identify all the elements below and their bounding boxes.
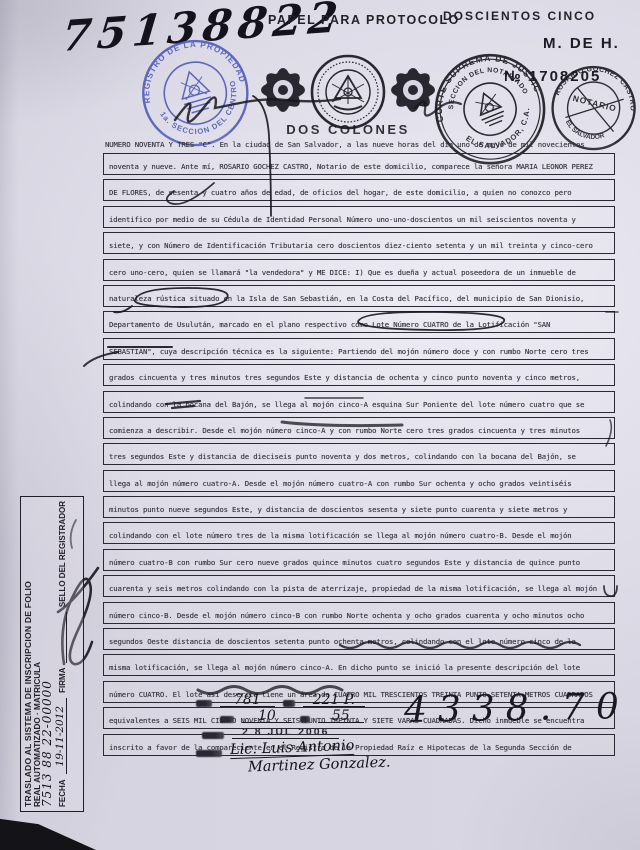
matricula-value: 7513 88 22-00000 <box>40 501 54 807</box>
line-text: DE FLORES, de sesenta y cuatro años de e… <box>109 188 572 197</box>
line-text: naturaleza rústica situado en la Isla de… <box>109 294 584 303</box>
field-value: 221 P. <box>303 694 365 707</box>
document-line: 12 comienza a describir. Desde el mojón … <box>103 417 615 439</box>
document-line: 5 siete, y con Número de Identificación … <box>103 232 615 254</box>
stamp-line-1: TRASLADO AL SISTEMA DE INSCRIPCION DE FO… <box>23 501 33 807</box>
stamp-field-label <box>202 732 224 739</box>
document-line: 15 minutos punto nueve segundos Este, y … <box>103 496 615 518</box>
document-line: 7 naturaleza rústica situado en la Isla … <box>103 285 615 307</box>
line-text: cuarenta y seis metros colindando con la… <box>109 584 597 593</box>
firma-label: FIRMA <box>58 668 67 693</box>
document-line: 13 tres segundos Este y distancia de die… <box>103 443 615 465</box>
document-line: 2 noventa y nueve. Ante mí, ROSARIO GOCH… <box>103 153 615 175</box>
line-text: Departamento de Usulután, marcado en el … <box>109 320 550 329</box>
field-value: 55 <box>318 710 364 723</box>
field-value: 781 <box>220 694 275 707</box>
line-text: NUMERO NOVENTA Y TRES "C". En la ciudad … <box>105 140 584 149</box>
line-text: grados cincuenta y tres minutos tres seg… <box>109 373 580 382</box>
line-text: segundos Oeste distancia de doscientos s… <box>109 637 576 646</box>
paper-title: PAPEL PARA PROTOCOLO <box>268 13 460 27</box>
line-text: minutos punto nueve segundos Este, y dis… <box>109 505 567 514</box>
ministry-abbreviation: M. DE H. <box>543 35 620 52</box>
document-line: 10 grados cincuenta y tres minutos tres … <box>103 364 615 386</box>
line-text: noventa y nueve. Ante mí, ROSARIO GOCHEZ… <box>109 162 593 171</box>
document-line: 14 llega al mojón número cuatro-A. Desde… <box>103 470 615 492</box>
line-text: comienza a describir. Desde el mojón núm… <box>109 426 580 435</box>
line-text: colindando con el lote número tres de la… <box>109 531 572 540</box>
document-line: 21 misma lotificación, se llega al mojón… <box>103 654 615 676</box>
document-line: 18 cuarenta y seis metros colindando con… <box>103 575 615 597</box>
line-text: llega al mojón número cuatro-A. Desde el… <box>109 479 572 488</box>
document-line: NUMERO NOVENTA Y TRES "C". En la ciudad … <box>103 132 615 150</box>
stamp-field-label <box>300 716 310 723</box>
document-line: 9 SEBASTIAN", cuya descripción técnica e… <box>103 338 615 360</box>
document-line: 3 DE FLORES, de sesenta y cuatro años de… <box>103 179 615 201</box>
sello-label: SELLO DEL REGISTRADOR <box>58 501 67 607</box>
handwritten-amount: 4338.70 <box>404 686 631 731</box>
fecha-label: FECHA <box>58 779 67 807</box>
document-line: 17 número cuatro-B con rumbo Sur cero nu… <box>103 549 615 571</box>
line-text: SEBASTIAN", cuya descripción técnica es … <box>109 347 588 356</box>
margin-registration-stamp: TRASLADO AL SISTEMA DE INSCRIPCION DE FO… <box>20 496 84 812</box>
line-text: número cuatro-B con rumbo Sur cero nueve… <box>109 558 580 567</box>
date-stamp: 2 8 JUL 2006 <box>232 726 339 739</box>
stamp-field-label <box>220 716 234 723</box>
line-text: número cinco-B. Desde el mojón número ci… <box>109 611 584 620</box>
line-text: cero uno-cero, quien se llamará "la vend… <box>109 268 576 277</box>
stamp-field-label <box>196 750 222 757</box>
document-line: 19 número cinco-B. Desde el mojón número… <box>103 602 615 624</box>
document-body: NUMERO NOVENTA Y TRES "C". En la ciudad … <box>103 132 615 760</box>
document-line: 4 identifico por medio de su Cédula de I… <box>103 206 615 228</box>
line-text: tres segundos Este y distancia de diecis… <box>109 452 576 461</box>
stamp-field-label <box>283 700 295 707</box>
fecha-value: 19-11-2012 <box>54 698 67 775</box>
line-text: colindando con la bocana del Bajón, se l… <box>109 400 584 409</box>
coat-of-arms-seal <box>312 56 384 128</box>
document-line: 8 Departamento de Usulután, marcado en e… <box>103 311 615 333</box>
rosette-left <box>261 68 305 112</box>
document-line: 11 colindando con la bocana del Bajón, s… <box>103 391 615 413</box>
line-text: siete, y con Número de Identificación Tr… <box>109 241 593 250</box>
field-value: 10 <box>242 710 292 723</box>
stamp-value-words: DOSCIENTOS CINCO <box>443 9 596 23</box>
document-line: 6 cero uno-cero, quien se llamará "la ve… <box>103 259 615 281</box>
stamp-field-label <box>196 700 212 707</box>
scan-corner-shadow <box>0 812 96 850</box>
firma-signature-line <box>66 612 67 662</box>
line-text: misma lotificación, se llega al mojón nú… <box>109 663 580 672</box>
document-line: 16 colindando con el lote número tres de… <box>103 522 615 544</box>
scanned-notarial-document: { "header": { "handwritten_serial": "751… <box>0 0 640 850</box>
document-line: 20 segundos Oeste distancia de dosciento… <box>103 628 615 650</box>
line-text: identifico por medio de su Cédula de Ide… <box>109 215 576 224</box>
presentation-stamp-block: 781 221 P. 10 55 2 8 JUL 2006 Lic. Luis … <box>196 694 436 776</box>
